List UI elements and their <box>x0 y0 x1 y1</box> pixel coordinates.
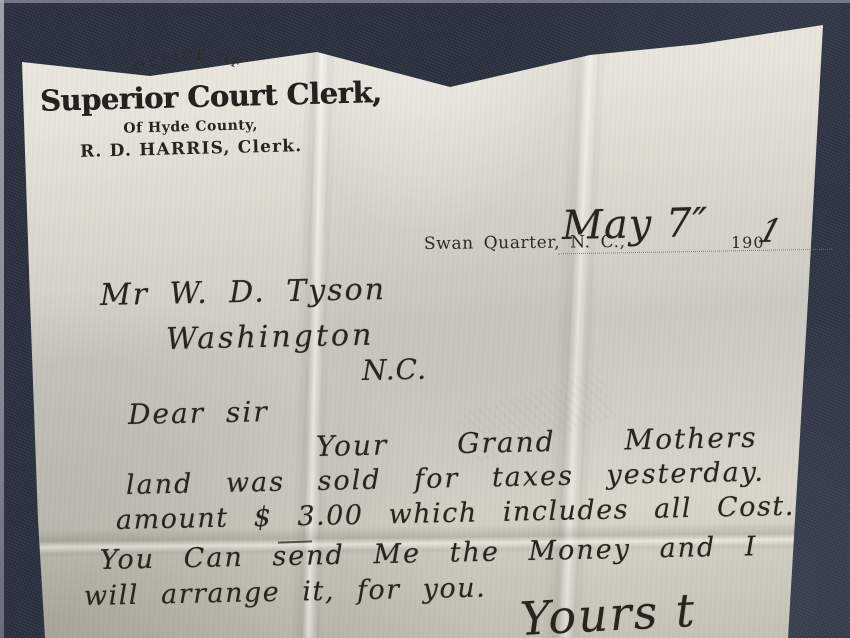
letterhead-title: Superior Court Clerk, <box>39 76 340 118</box>
body-line: Your Grand Mothers <box>316 421 758 463</box>
salutation: Dear sir <box>128 395 269 431</box>
office-of-text: OFFICE OF <box>132 47 246 77</box>
handwritten-year-digit: 1 <box>754 212 786 251</box>
recipient-state: N.C. <box>362 353 428 387</box>
handwritten-date: May 7″ <box>562 200 709 249</box>
letterhead-clerk-line: R. D. HARRIS, Clerk. <box>41 135 341 163</box>
letter-content: OFFICE OF Superior Court Clerk, Of Hyde … <box>0 0 850 638</box>
letterhead: OFFICE OF Superior Court Clerk, Of Hyde … <box>39 40 342 163</box>
signature-partial: Yours t <box>519 583 698 638</box>
photo-of-letter: OFFICE OF Superior Court Clerk, Of Hyde … <box>0 0 850 638</box>
body-line: You Can send Me the Money and I <box>100 531 758 576</box>
svg-text:OFFICE OF: OFFICE OF <box>132 47 246 77</box>
recipient-name: Mr W. D. Tyson <box>100 272 387 313</box>
body-line: will arrange it, for you. <box>84 573 487 612</box>
recipient-city: Washington <box>166 318 375 357</box>
